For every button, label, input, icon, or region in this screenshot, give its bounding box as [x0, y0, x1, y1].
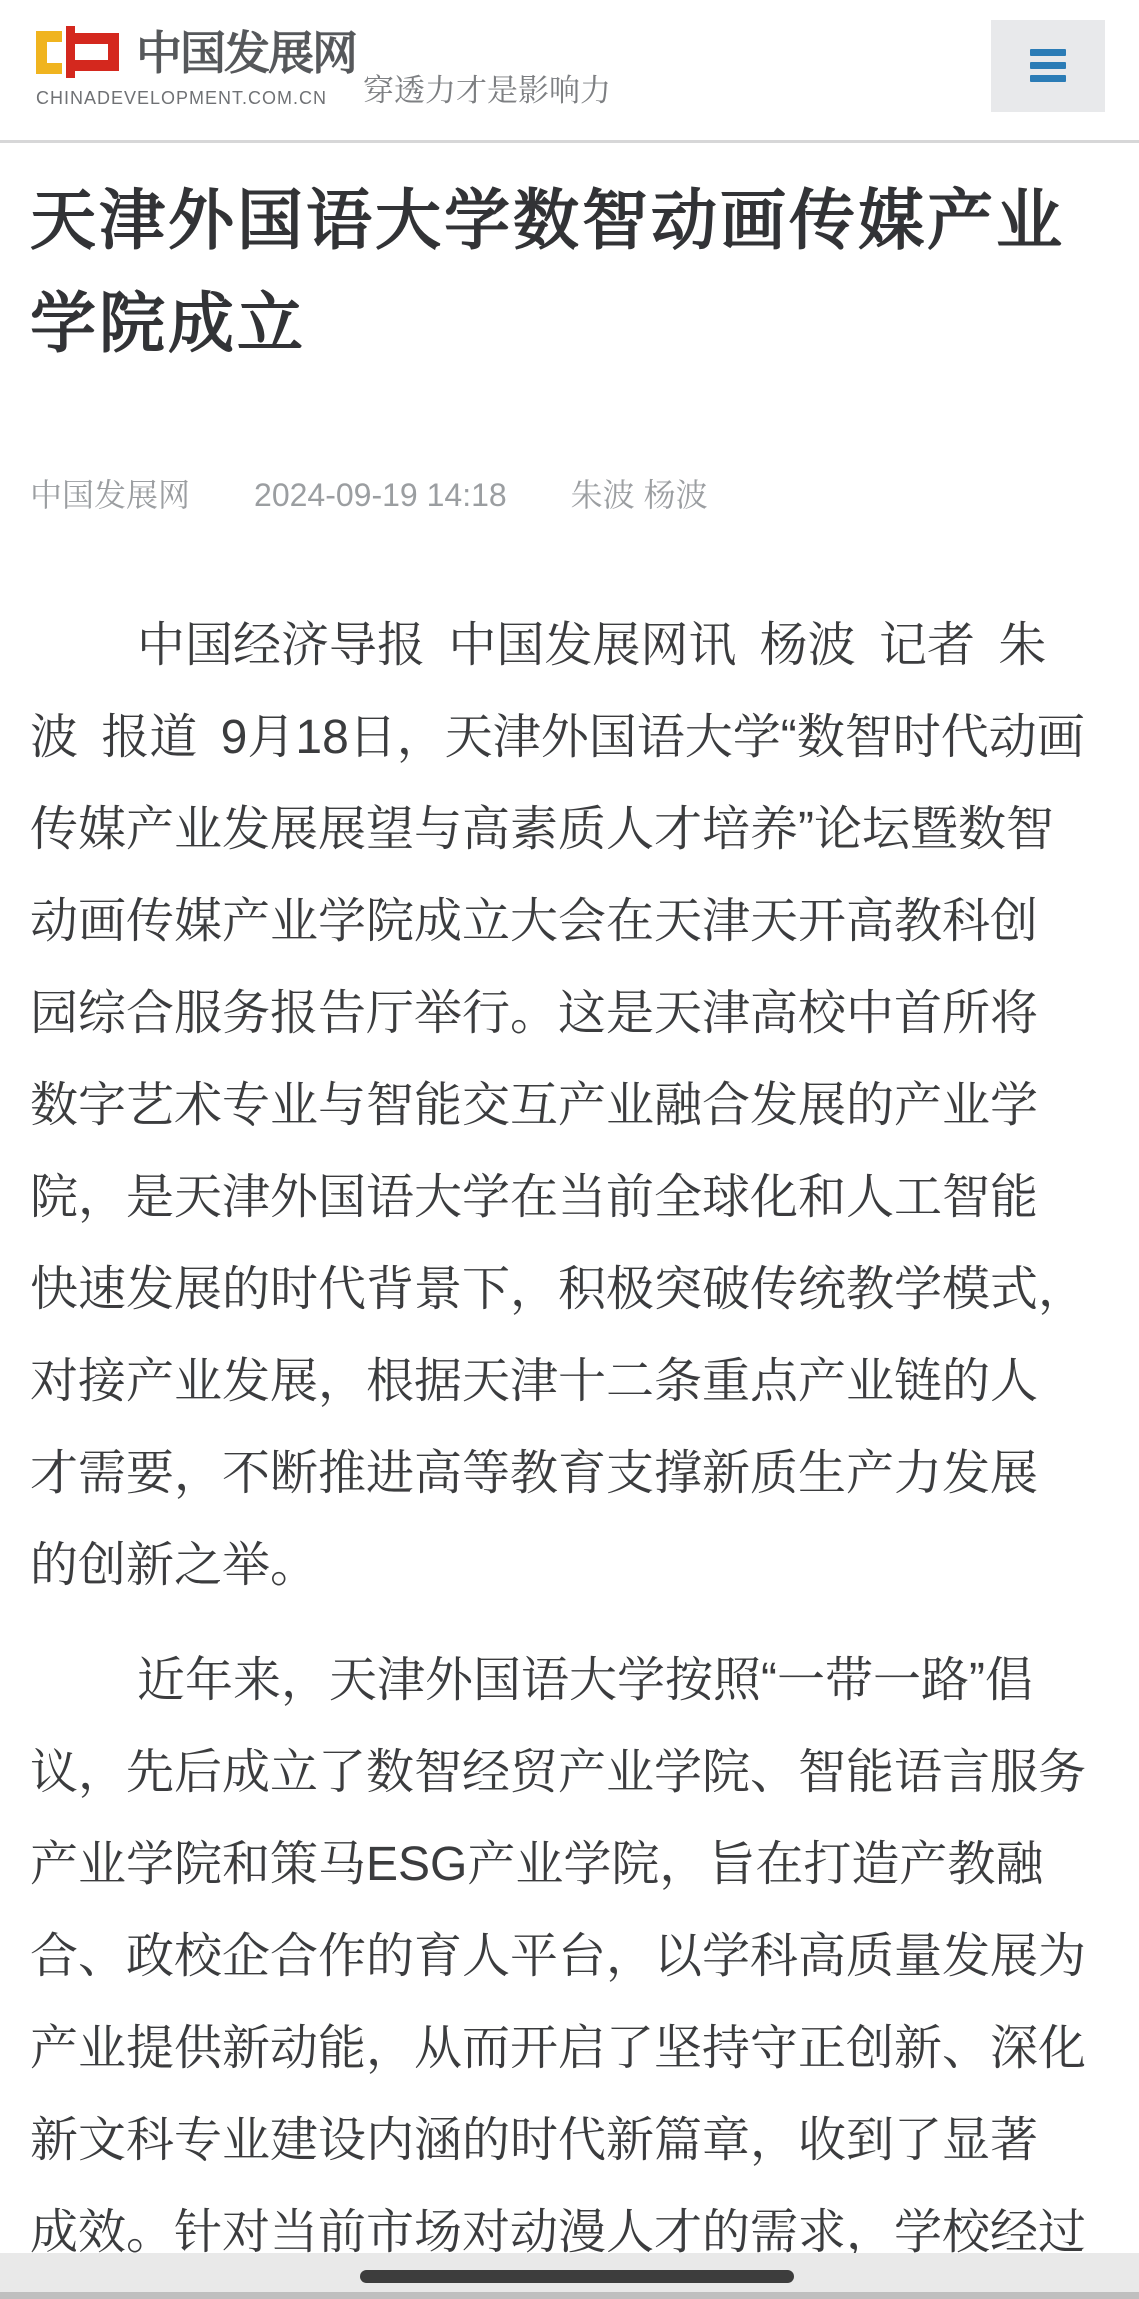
- site-logo[interactable]: 中国发展网 CHINADEVELOPMENT.COM.CN: [36, 26, 356, 107]
- meta-datetime: 2024-09-19 14:18: [254, 475, 507, 517]
- article-title: 天津外国语大学数智动画传媒产业学院成立: [30, 169, 1076, 375]
- brand-logo-icon: [36, 26, 124, 80]
- article-meta: 中国发展网 2024-09-19 14:18 朱波 杨波: [30, 475, 1109, 517]
- meta-source: 中国发展网: [30, 475, 190, 517]
- paragraph-line: 动画传媒产业学院成立大会在天津天开高教科创: [30, 876, 1109, 968]
- site-name: 中国发展网: [136, 30, 356, 76]
- paragraph-line: 合、政校企合作的育人平台，以学科高质量发展为: [30, 1911, 1109, 2003]
- bottom-edge: [0, 2292, 1139, 2299]
- horizontal-scrollbar-thumb[interactable]: [360, 2270, 794, 2283]
- page: 中国发展网 CHINADEVELOPMENT.COM.CN 穿透力才是影响力 天…: [0, 0, 1139, 2299]
- article: 天津外国语大学数智动画传媒产业学院成立 中国发展网 2024-09-19 14:…: [0, 143, 1139, 2279]
- paragraph-line: 快速发展的时代背景下，积极突破传统教学模式，: [30, 1244, 1109, 1336]
- paragraph-line: 才需要，不断推进高等教育支撑新质生产力发展: [30, 1428, 1109, 1520]
- paragraph-line: 园综合服务报告厅举行。这是天津高校中首所将: [30, 968, 1109, 1060]
- site-slogan: 穿透力才是影响力: [363, 72, 611, 109]
- logo-row: 中国发展网: [36, 26, 356, 80]
- paragraph-line: 对接产业发展，根据天津十二条重点产业链的人: [30, 1336, 1109, 1428]
- header: 中国发展网 CHINADEVELOPMENT.COM.CN 穿透力才是影响力: [0, 0, 1139, 140]
- meta-authors: 朱波 杨波: [571, 475, 708, 517]
- paragraph-line: 议，先后成立了数智经贸产业学院、智能语言服务: [30, 1727, 1109, 1819]
- paragraph-line: 产业提供新动能，从而开启了坚持守正创新、深化: [30, 2003, 1109, 2095]
- paragraph-line: 近年来，天津外国语大学按照“一带一路”倡: [30, 1635, 1109, 1727]
- paragraph-line: 新文科专业建设内涵的时代新篇章，收到了显著: [30, 2095, 1109, 2187]
- paragraph-line: 的创新之举。: [30, 1520, 1109, 1612]
- paragraph-line: 波 报道 9月18日，天津外国语大学“数智时代动画: [30, 692, 1109, 784]
- article-paragraph: 中国经济导报 中国发展网讯 杨波 记者 朱波 报道 9月18日，天津外国语大学“…: [30, 600, 1109, 1612]
- paragraph-line: 传媒产业发展展望与高素质人才培养”论坛暨数智: [30, 784, 1109, 876]
- article-paragraph: 近年来，天津外国语大学按照“一带一路”倡议，先后成立了数智经贸产业学院、智能语言…: [30, 1635, 1109, 2279]
- hamburger-icon: [1030, 49, 1066, 83]
- paragraph-line: 中国经济导报 中国发展网讯 杨波 记者 朱: [30, 600, 1109, 692]
- article-body: 中国经济导报 中国发展网讯 杨波 记者 朱波 报道 9月18日，天津外国语大学“…: [30, 600, 1109, 2279]
- paragraph-line: 数字艺术专业与智能交互产业融合发展的产业学: [30, 1060, 1109, 1152]
- menu-button[interactable]: [991, 20, 1105, 112]
- site-url: CHINADEVELOPMENT.COM.CN: [36, 89, 356, 107]
- horizontal-scrollbar-track[interactable]: [0, 2253, 1139, 2299]
- paragraph-line: 产业学院和策马ESG产业学院，旨在打造产教融: [30, 1819, 1109, 1911]
- paragraph-line: 院，是天津外国语大学在当前全球化和人工智能: [30, 1152, 1109, 1244]
